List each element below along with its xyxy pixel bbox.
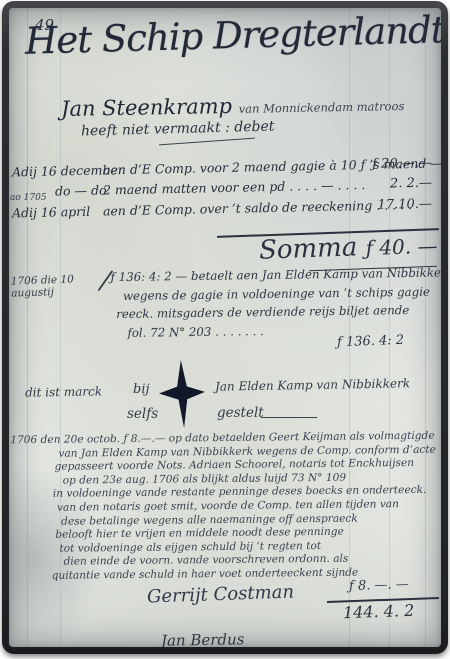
entry-date: Adij 16 april	[12, 204, 90, 221]
payment1-paragraph: ƒ 136: 4: 2 — betaelt aen Jan Elden Kamp…	[110, 264, 421, 342]
entry-date: do — do	[55, 182, 107, 198]
somma-amount: ƒ 40. — . —	[365, 232, 441, 260]
entry-amount: ƒ 20.—.—	[340, 156, 432, 173]
payment1-margin-date: 1706 die 10 augustij	[11, 272, 104, 299]
payment1-amount: ƒ 136. 4: 2	[337, 333, 405, 350]
gestelt-flourish	[261, 417, 317, 418]
mark-bij-text: bij	[133, 382, 150, 397]
scan-frame: 49 Het Schip Dregterlandt Jan Steenkramp…	[2, 1, 448, 654]
entry-description: 2 maend matten voor een pd . . . . — . .…	[103, 177, 366, 197]
grand-total: 144. 4. 2	[343, 601, 415, 622]
payment2-paragraph: 1706 den 20e octob. ƒ 8.—.— op dato beta…	[10, 430, 432, 584]
account-holder: Jan Steenkramp van Monnickendam matroos	[61, 91, 405, 121]
debet-underline-flourish	[159, 138, 255, 146]
mark-selfs-text: selfs	[127, 406, 158, 422]
entry-amount: 17.10.—	[340, 197, 432, 214]
mark-lead-text: dit ist marck	[25, 384, 102, 399]
margin-year: ao 1705	[10, 193, 47, 203]
signature: Gerrijt Costman	[147, 581, 295, 607]
ledger-page: 49 Het Schip Dregterlandt Jan Steenkramp…	[9, 8, 441, 647]
account-holder-origin: van Monnickendam matroos	[239, 99, 405, 116]
signature-cross-icon	[158, 359, 206, 429]
mark-gestelt-text: gestelt	[217, 405, 264, 421]
somma-line: Somma ƒ 40. — . —	[259, 228, 441, 266]
payment2-amount: ƒ 8. —. —	[349, 577, 409, 594]
footer-name: Jan Berdus	[161, 630, 245, 647]
entry-amount: 2. 2.—	[340, 176, 432, 193]
mark-name-text: Jan Elden Kamp van Nibbikkerk	[215, 376, 410, 393]
page-title: Het Schip Dregterlandt	[24, 8, 439, 63]
debet-line: heeft niet vermaakt : debet	[81, 118, 275, 139]
account-holder-name: Jan Steenkramp	[61, 94, 239, 121]
somma-label: Somma	[259, 232, 367, 266]
